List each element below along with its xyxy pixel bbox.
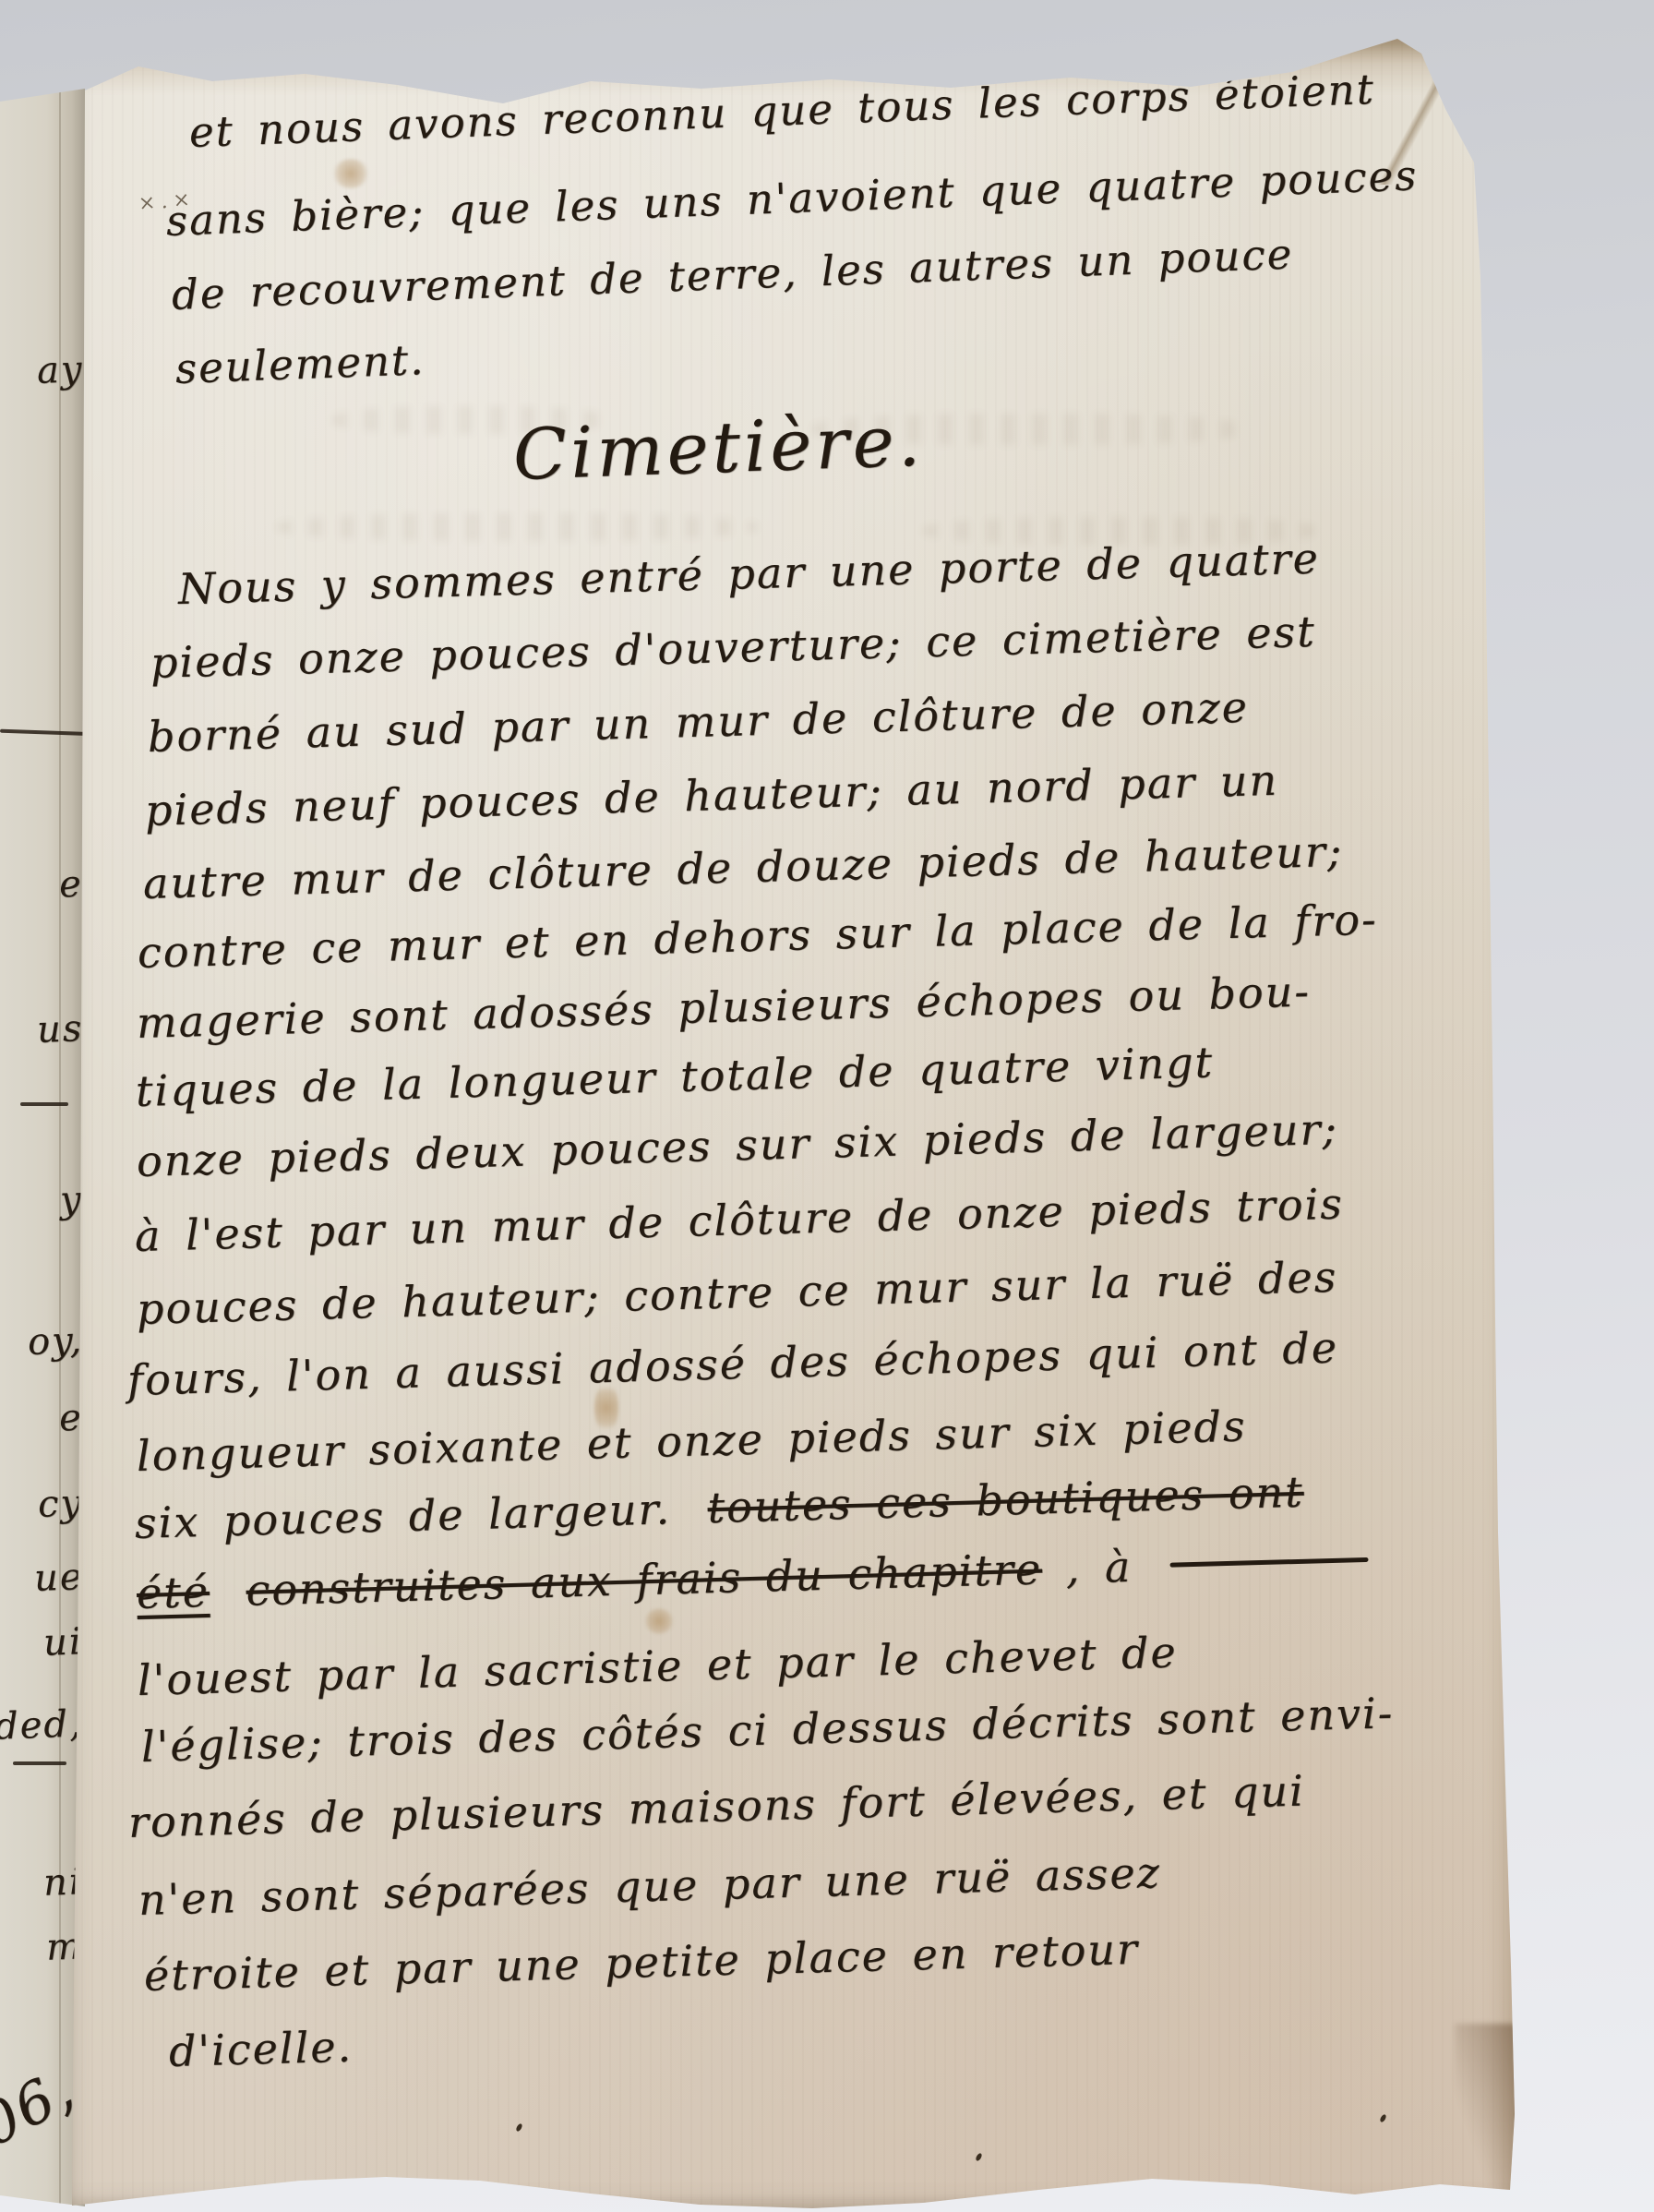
section-heading: Cimetière. [511,400,925,496]
show-through-ghost-text [277,513,757,541]
lead-in-text: six pouces de largeur. [134,1484,671,1548]
manuscript-line: seulement. [174,331,426,399]
margin-fragment: ded, [0,1702,84,1748]
manuscript-line: et nous avons reconnu que tous les corps… [188,60,1376,162]
photo-backdrop: ay e us y oy, e cy ue ui ded, ni m 06, [0,0,1654,2212]
after-strike-text: , à [1065,1542,1133,1593]
underlying-page-edge: ay e us y oy, e cy ue ui ded, ni m 06, [0,89,85,2206]
ink-speck [1379,2113,1387,2122]
margin-fragment: ue [33,1556,84,1600]
struck-text: toutes ces boutiques ont [707,1467,1304,1533]
manuscript-line: pieds onze pouces d'ouverture; ce cimeti… [150,602,1316,692]
ink-speck [515,2122,523,2132]
margin-fragment: e [59,863,84,907]
margin-fragment: ay [36,348,84,392]
margin-fragment: oy, [27,1319,84,1364]
margin-fragment: y [60,1179,84,1222]
manuscript-page: ⨯.⨯ et nous avons reconnu que tous les c… [61,37,1528,2208]
margin-fragment: 06, [0,2055,85,2160]
manuscript-line: d'icelle. [168,2017,354,2081]
manuscript-line: pieds neuf pouces de hauteur; au nord pa… [144,751,1279,840]
handwriting-layer: ⨯.⨯ et nous avons reconnu que tous les c… [0,0,1654,2212]
manuscript-line: borné au sud par un mur de clôture de on… [147,678,1250,766]
paper-stain [644,1608,674,1634]
manuscript-line: étroite et par une petite place en retou… [143,1919,1140,2005]
margin-fragment: cy [37,1482,84,1526]
ink-speck [975,2152,983,2161]
margin-fragment: us [36,1007,84,1052]
ink-stroke-fragment [20,1102,68,1106]
manuscript-line: n'en sont séparées que par une ruë assez [138,1843,1162,1929]
struck-text: construites aux frais du chapitre [246,1544,1043,1615]
filler-dash-stroke [1170,1557,1369,1568]
struck-underlined-text: été [136,1567,210,1618]
ink-stroke-fragment [13,1761,66,1765]
manuscript-line: ronnés de plusieurs maisons fort élevées… [127,1761,1305,1852]
manuscript-line: Nous y sommes entré par une porte de qua… [177,529,1320,619]
